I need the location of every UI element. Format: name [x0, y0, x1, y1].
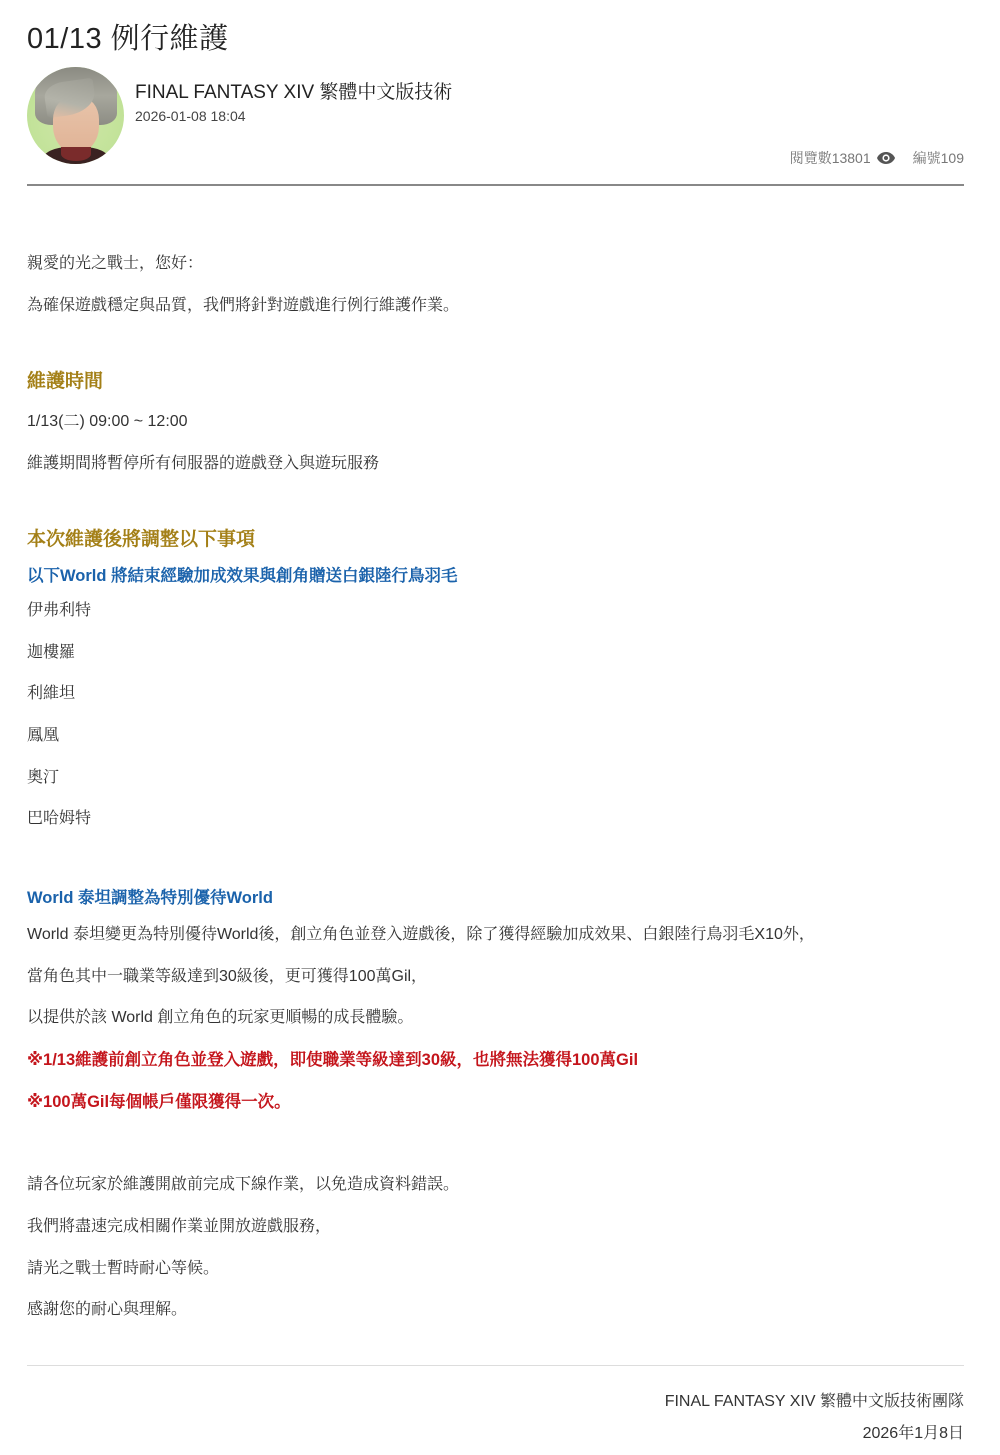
adjustments-heading: 本次維護後將調整以下事項	[27, 524, 255, 551]
avatar-collar	[61, 147, 91, 161]
page-title: 01/13 例行維護	[27, 16, 229, 57]
titan-heading: World 泰坦調整為特別優待World	[27, 884, 273, 908]
world-item: 伊弗利特	[27, 597, 91, 620]
titan-line: 當角色其中一職業等級達到30級後，更可獲得100萬Gil，	[27, 963, 427, 986]
footer-divider	[27, 1365, 964, 1366]
greeting: 親愛的光之戰士，您好：	[27, 250, 203, 273]
signature-team: FINAL FANTASY XIV 繁體中文版技術團隊	[665, 1388, 964, 1411]
serial-number: 編號109	[913, 148, 964, 168]
world-item: 鳳凰	[27, 722, 59, 745]
closing-line: 請各位玩家於維護開啟前完成下線作業，以免造成資料錯誤。	[27, 1171, 459, 1194]
view-count: 閱覽數13801	[790, 148, 871, 168]
closing-line: 請光之戰士暫時耐心等候。	[27, 1255, 219, 1278]
titan-line: 以提供於該 World 創立角色的玩家更順暢的成長體驗。	[27, 1004, 413, 1027]
maintenance-time-heading: 維護時間	[27, 366, 103, 393]
warning-note: ※1/13維護前創立角色並登入遊戲，即使職業等級達到30級，也將無法獲得100萬…	[27, 1046, 638, 1070]
post-meta: 閱覽數13801 編號109	[790, 148, 964, 168]
maintenance-note: 維護期間將暫停所有伺服器的遊戲登入與遊玩服務	[27, 450, 379, 473]
closing-line: 我們將盡速完成相關作業並開放遊戲服務，	[27, 1213, 331, 1236]
author-name[interactable]: FINAL FANTASY XIV 繁體中文版技術	[135, 77, 452, 104]
eye-icon	[877, 152, 895, 164]
world-item: 巴哈姆特	[27, 805, 91, 828]
post-date: 2026-01-08 18:04	[135, 108, 246, 124]
titan-line: World 泰坦變更為特別優待World後，創立角色並登入遊戲後，除了獲得經驗加…	[27, 921, 815, 944]
header-divider	[27, 184, 964, 186]
maintenance-time: 1/13(二) 09:00 ~ 12:00	[27, 408, 188, 431]
author-avatar[interactable]	[27, 67, 124, 164]
closing-line: 感謝您的耐心與理解。	[27, 1296, 187, 1319]
warning-note: ※100萬Gil每個帳戶僅限獲得一次。	[27, 1088, 291, 1112]
world-item: 利維坦	[27, 680, 75, 703]
world-item: 迦樓羅	[27, 639, 75, 662]
signature-date: 2026年1月8日	[863, 1420, 964, 1443]
world-item: 奧汀	[27, 764, 59, 787]
intro-line: 為確保遊戲穩定與品質，我們將針對遊戲進行例行維護作業。	[27, 292, 459, 315]
worlds-heading: 以下World 將結束經驗加成效果與創角贈送白銀陸行鳥羽毛	[27, 562, 458, 586]
